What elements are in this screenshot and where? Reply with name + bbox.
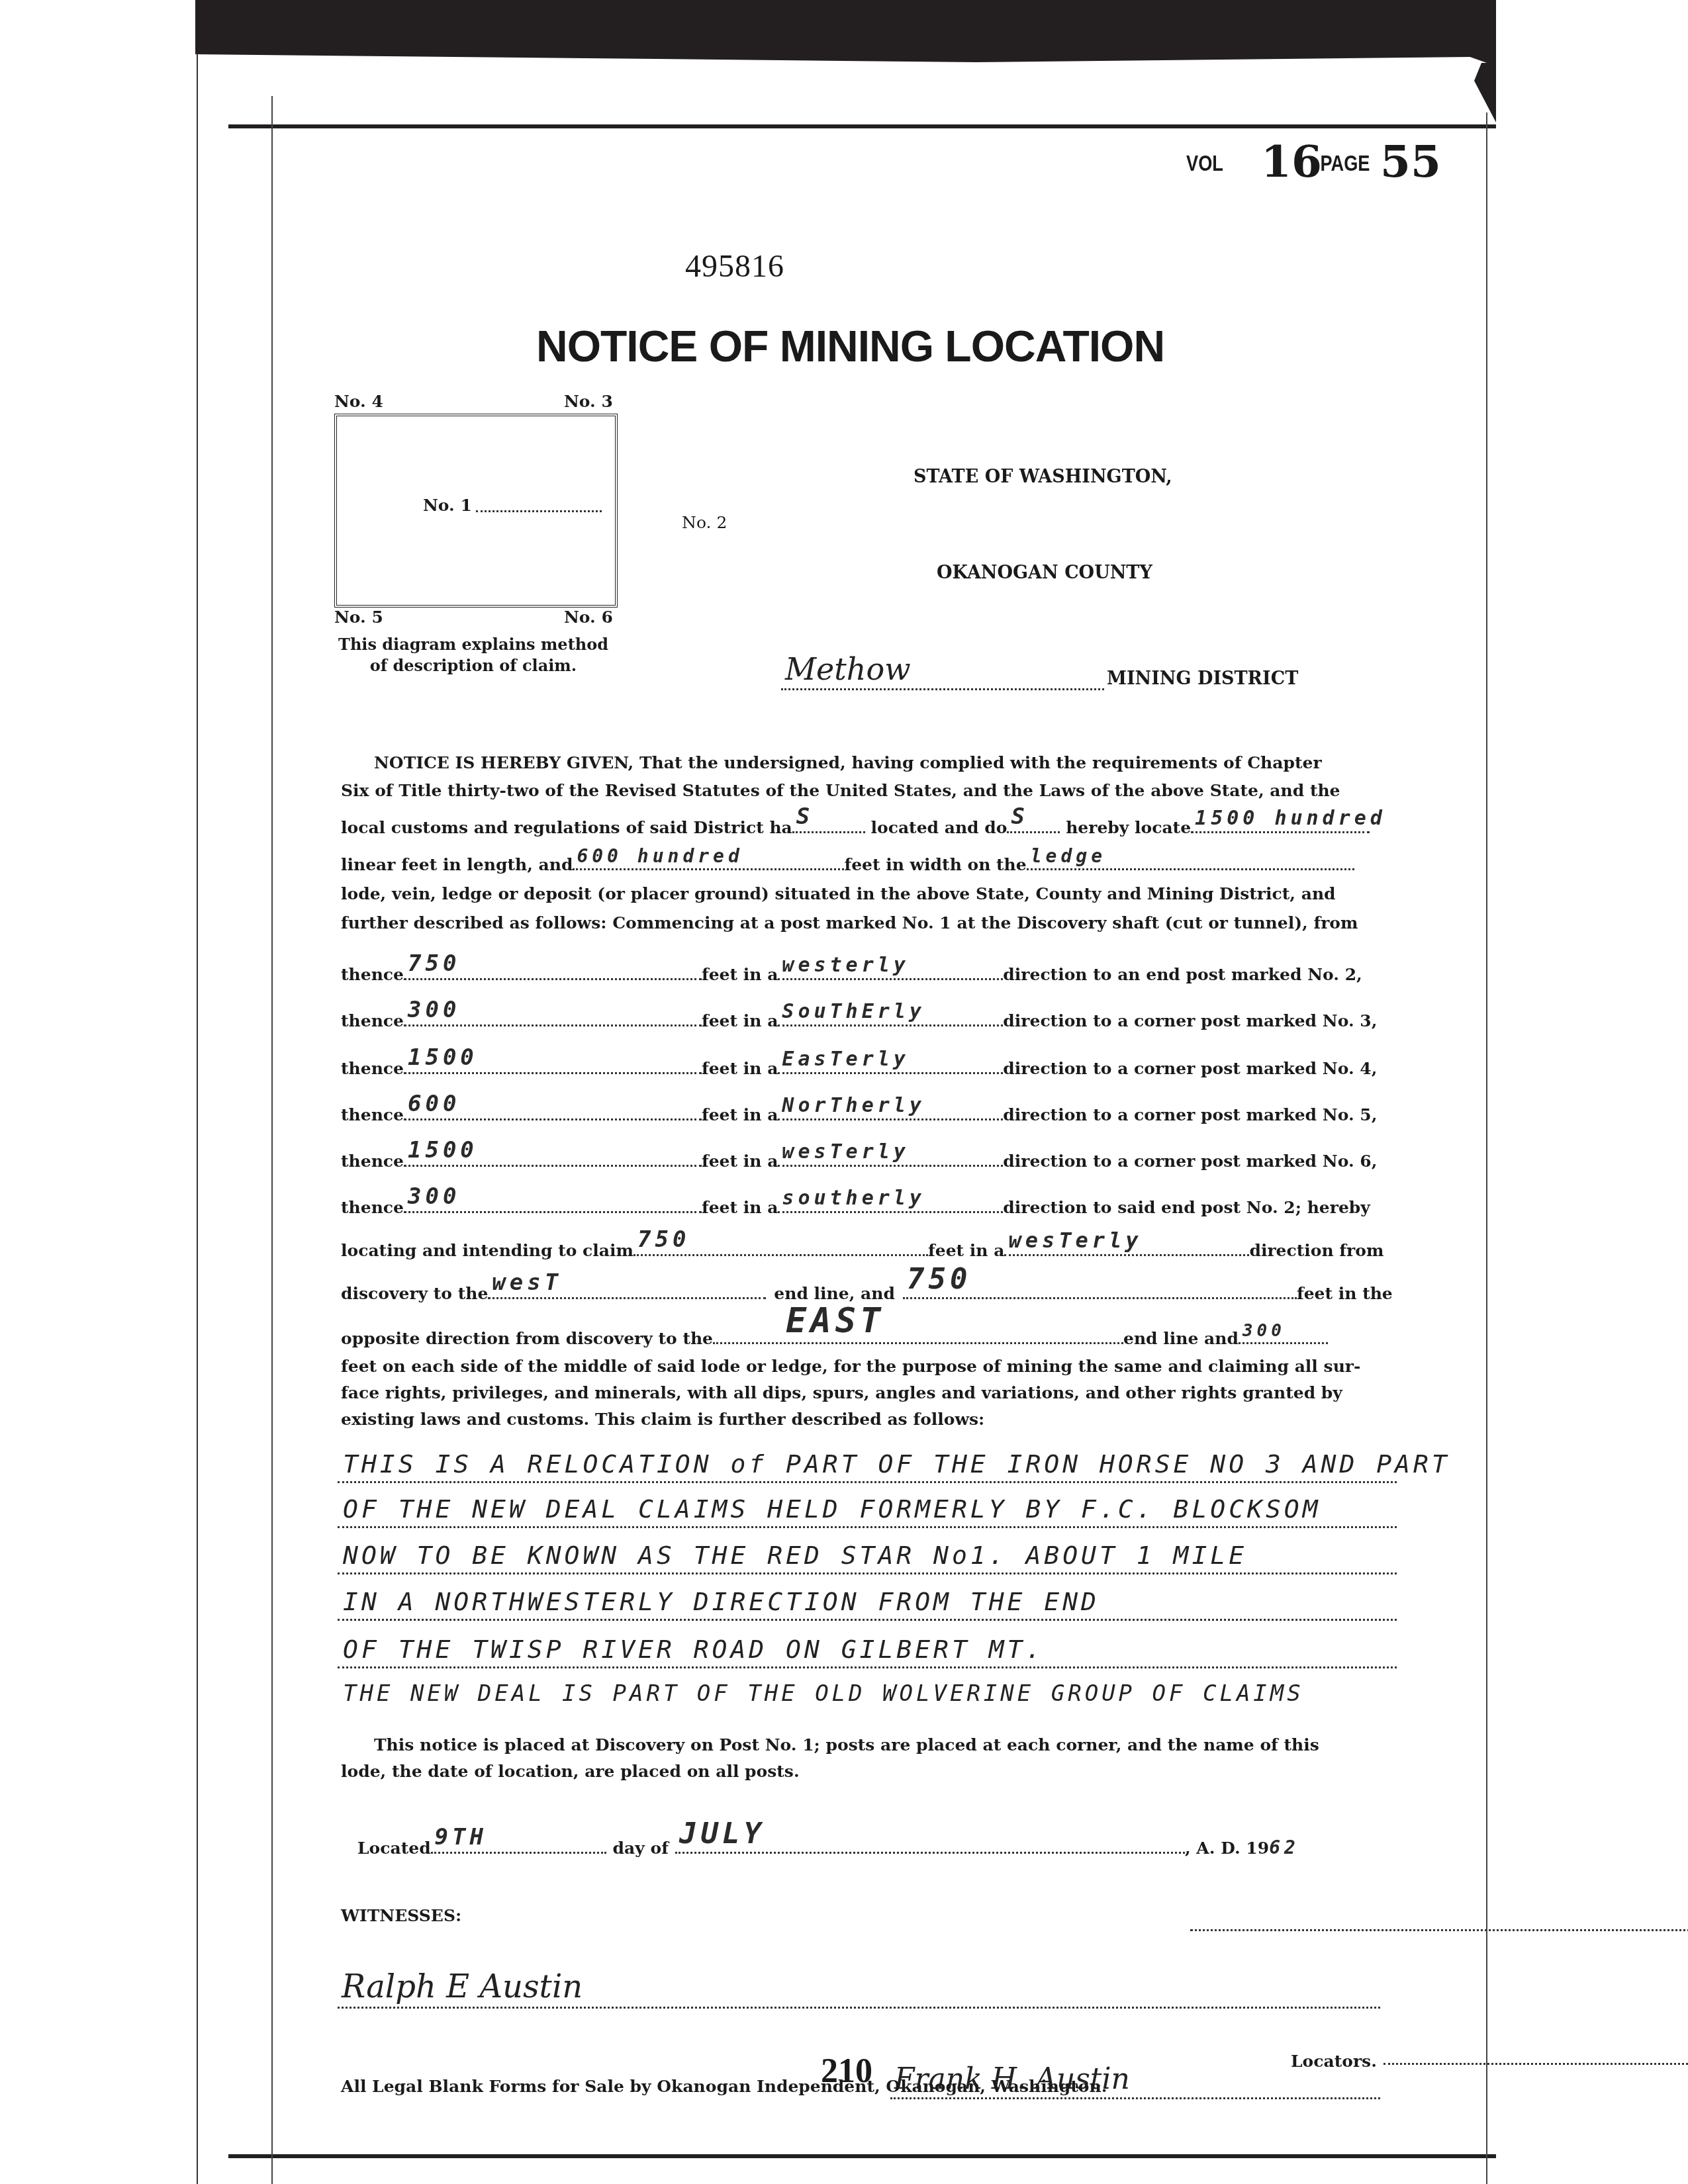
- page-label: PAGE: [1320, 151, 1370, 177]
- claim-line-2: discovery to thewesTend line, and750feet…: [341, 1284, 1413, 1303]
- claim-line-1: locating and intending to claim750feet i…: [341, 1241, 1413, 1260]
- locator-signature-line-1[interactable]: [1190, 1909, 1688, 1931]
- notice-line-6: further described as follows: Commencing…: [341, 913, 1413, 933]
- description-line[interactable]: NOW TO BE KNOWN AS THE RED STAR No1. ABO…: [338, 1534, 1397, 1574]
- page-title: NOTICE OF MINING LOCATION: [536, 321, 1164, 371]
- state-heading: STATE OF WASHINGTON,: [914, 467, 1172, 487]
- do-field[interactable]: S: [1007, 831, 1060, 833]
- vol-number: 16: [1261, 136, 1322, 187]
- scan-top-black-bar: [195, 0, 1496, 54]
- left-margin-line: [271, 96, 273, 2184]
- description-line[interactable]: OF THE TWISP RIVER ROAD ON GILBERT MT.: [338, 1628, 1397, 1668]
- location-date-row: Located9THday ofJULY, A. D. 1962: [357, 1837, 1430, 1858]
- diagram-corner-no4: No. 4: [334, 392, 383, 411]
- mining-district-label: MINING DISTRICT: [1107, 668, 1298, 689]
- claim-direction-field[interactable]: wesTerly: [1004, 1254, 1249, 1256]
- side-feet-field[interactable]: 300: [1239, 1342, 1328, 1344]
- witness-signature-line-2[interactable]: [1383, 2030, 1688, 2065]
- length-field[interactable]: 1500 hundred: [1191, 831, 1370, 833]
- notice-line-4: linear feet in length, and600 hundredfee…: [341, 855, 1413, 874]
- course-feet-field[interactable]: 750: [404, 978, 702, 980]
- diagram-corner-no5: No. 5: [334, 608, 383, 627]
- has-field[interactable]: S: [792, 831, 865, 833]
- witness-signature-line-1[interactable]: Ralph E Austin: [338, 1974, 1380, 2009]
- vol-label: VOL: [1186, 151, 1223, 177]
- course-direction-field[interactable]: southerly: [778, 1211, 1003, 1213]
- diagram-center-no1: No. 1: [423, 496, 472, 515]
- description-line[interactable]: OF THE NEW DEAL CLAIMS HELD FORMERLY BY …: [338, 1488, 1397, 1528]
- course-feet-field[interactable]: 1500: [404, 1165, 702, 1167]
- top-border-rule: [228, 124, 1496, 128]
- course-row: thence600feet in aNorTherlydirection to …: [341, 1105, 1413, 1124]
- diagram-corner-no3: No. 3: [564, 392, 613, 411]
- county-heading: OKANOGAN COUNTY: [937, 563, 1152, 583]
- claim-line-3: opposite direction from discovery to the…: [341, 1329, 1413, 1348]
- course-direction-field[interactable]: NorTherly: [778, 1118, 1003, 1120]
- claim-line-4: feet on each side of the middle of said …: [341, 1357, 1413, 1376]
- course-direction-field[interactable]: EasTerly: [778, 1072, 1003, 1074]
- course-feet-field[interactable]: 300: [404, 1024, 702, 1026]
- publisher-footer: All Legal Blank Forms for Sale by Okanog…: [341, 2077, 1107, 2096]
- notice-line-5: lode, vein, ledge or deposit (or placer …: [341, 884, 1413, 903]
- posting-line-1: This notice is placed at Discovery on Po…: [341, 1735, 1413, 1754]
- diagram-center-line: [476, 510, 602, 512]
- diagram-corner-no6: No. 6: [564, 608, 613, 627]
- page-left-edge: [197, 53, 198, 2184]
- scan-edge-shadow: [195, 53, 1496, 66]
- bottom-border-rule: [228, 2154, 1496, 2158]
- width-field[interactable]: 600 hundred: [573, 868, 844, 870]
- course-direction-field[interactable]: westerly: [778, 978, 1003, 980]
- notice-line-2: Six of Title thirty-two of the Revised S…: [341, 781, 1413, 800]
- diagram-caption: This diagram explains method of descript…: [331, 634, 616, 676]
- notice-lead: NOTICE IS HEREBY GIVEN,: [374, 753, 633, 772]
- posting-line-2: lode, the date of location, are placed o…: [341, 1762, 1413, 1781]
- mining-district-field[interactable]: Methow: [781, 662, 1104, 690]
- course-feet-field[interactable]: 300: [404, 1211, 702, 1213]
- claim-line-6: existing laws and customs. This claim is…: [341, 1410, 1413, 1429]
- claim-feet-field[interactable]: 750: [633, 1254, 928, 1256]
- day-field[interactable]: 9TH: [431, 1852, 606, 1854]
- page-corner-curl: [1460, 63, 1496, 122]
- description-line[interactable]: THE NEW DEAL IS PART OF THE OLD WOLVERIN…: [338, 1671, 1397, 1711]
- page-number: 55: [1380, 136, 1441, 187]
- course-direction-field[interactable]: SouThErly: [778, 1024, 1003, 1026]
- notice-line-3: local customs and regulations of said Di…: [341, 818, 1413, 837]
- claim-diagram-box: No. 1: [334, 414, 618, 608]
- opposite-feet-field[interactable]: 750: [903, 1297, 1297, 1299]
- course-row: thence300feet in aSouThErlydirection to …: [341, 1011, 1413, 1030]
- course-direction-field[interactable]: wesTerly: [778, 1165, 1003, 1167]
- course-row: thence750feet in awesterlydirection to a…: [341, 965, 1413, 984]
- course-row: thence1500feet in awesTerlydirection to …: [341, 1152, 1413, 1171]
- end-line-1-field[interactable]: wesT: [488, 1297, 766, 1299]
- witness-signature: Ralph E Austin: [342, 1968, 583, 2005]
- month-field[interactable]: JULY: [675, 1852, 1185, 1854]
- end-line-2-field[interactable]: EAST: [713, 1342, 1123, 1344]
- course-row: thence1500feet in aEasTerlydirection to …: [341, 1059, 1413, 1078]
- diagram-side-no2: No. 2: [682, 513, 727, 532]
- description-line[interactable]: IN A NORTHWESTERLY DIRECTION FROM THE EN…: [338, 1580, 1397, 1621]
- course-feet-field[interactable]: 600: [404, 1118, 702, 1120]
- course-row: thence300feet in asoutherlydirection to …: [341, 1198, 1413, 1217]
- document-number: 495816: [685, 248, 784, 285]
- year-field[interactable]: 62: [1269, 1837, 1299, 1858]
- locators-label: Locators.: [1291, 2052, 1377, 2071]
- diagram-caption-line1: This diagram explains method: [331, 634, 616, 655]
- mining-district-value: Methow: [785, 651, 911, 687]
- notice-line-1: NOTICE IS HEREBY GIVEN, That the undersi…: [341, 753, 1413, 772]
- claim-line-5: face rights, privileges, and minerals, w…: [341, 1383, 1413, 1402]
- course-feet-field[interactable]: 1500: [404, 1072, 702, 1074]
- description-line[interactable]: THIS IS A RELOCATION of PART OF THE IRON…: [338, 1443, 1397, 1483]
- right-margin-line: [1486, 113, 1487, 2184]
- diagram-caption-line2: of description of claim.: [331, 655, 616, 676]
- on-the-field[interactable]: ledge: [1027, 868, 1354, 870]
